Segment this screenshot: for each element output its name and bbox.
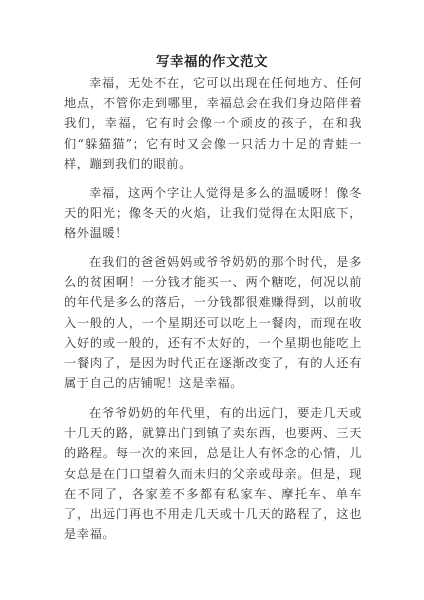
paragraph-3: 在我们的爸爸妈妈或爷爷奶奶的那个时代，是多么的贫困啊！一分钱才能买一、两个糖吃，…	[64, 252, 362, 393]
paragraph-4: 在爷爷奶奶的年代里，有的出远门，要走几天或十几天的路，就算出门到镇了卖东西，也要…	[64, 403, 362, 544]
document-page: 写幸福的作文范文 幸福，无处不在，它可以出现在任何地方、任何地点，不管你走到哪里…	[0, 0, 424, 600]
paragraph-2: 幸福，这两个字让人觉得是多么的温暖呀！像冬天的阳光；像冬天的火焰，让我们觉得在太…	[64, 183, 362, 244]
document-title: 写幸福的作文范文	[0, 53, 424, 71]
paragraph-1: 幸福，无处不在，它可以出现在任何地方、任何地点，不管你走到哪里，幸福总会在我们身…	[64, 73, 362, 174]
